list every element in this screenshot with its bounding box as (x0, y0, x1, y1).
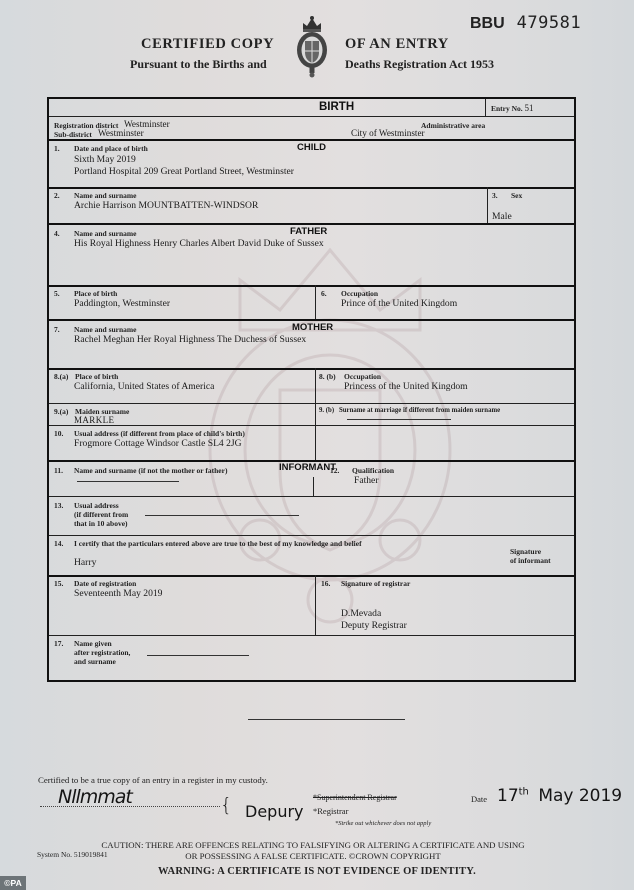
field-2-number: 2. (54, 191, 60, 200)
section-mother: MOTHER (292, 322, 333, 333)
signature-of-informant-label-line1: Signature (510, 547, 541, 556)
field-13-label-line1: Usual address (74, 501, 119, 510)
handwritten-deputy: Depury (245, 802, 304, 821)
divider (49, 368, 574, 370)
divider (49, 139, 574, 141)
field-3-label: Sex (511, 191, 522, 200)
date-day: 17 (497, 786, 519, 806)
divider (248, 719, 405, 720)
field-11-number: 11. (54, 466, 63, 475)
sub-district-label: Sub-district (54, 130, 92, 139)
certified-true-copy-text: Certified to be a true copy of an entry … (38, 775, 268, 785)
identity-warning: WARNING: A CERTIFICATE IS NOT EVIDENCE O… (158, 866, 476, 877)
field-13-label-line3: that in 10 above) (74, 519, 128, 528)
divider (49, 116, 574, 117)
field-4-number: 4. (54, 229, 60, 238)
divider (49, 575, 574, 577)
field-8b-value: Princess of the United Kingdom (344, 381, 468, 392)
divider (315, 368, 316, 460)
field-6-value: Prince of the United Kingdom (341, 298, 457, 309)
field-10-value: Frogmore Cottage Windsor Castle SL4 2JG (74, 438, 242, 449)
header-title-left: CERTIFIED COPY (141, 36, 274, 53)
field-12-label: Qualification (352, 466, 394, 475)
field-17-label-line3: and surname (74, 657, 116, 666)
certifying-officer-signature: Nllmmat (58, 786, 132, 808)
caution-line-1: CAUTION: THERE ARE OFFENCES RELATING TO … (78, 840, 548, 851)
brace: { (220, 794, 232, 816)
field-1-place: Portland Hospital 209 Great Portland Str… (74, 166, 294, 177)
field-16-number: 16. (321, 579, 330, 588)
divider (49, 535, 574, 536)
header-subtitle-left: Pursuant to the Births and (130, 57, 267, 72)
field-11-blank-line (77, 481, 179, 482)
sub-district-value: Westminster (98, 128, 144, 139)
field-17-label-line2: after registration, (74, 648, 130, 657)
field-8b-number: 8. (b) (319, 372, 336, 381)
field-17-label-line1: Name given (74, 639, 112, 648)
field-10-number: 10. (54, 429, 63, 438)
field-14-informant-signature: Harry (74, 557, 96, 568)
divider (49, 403, 574, 404)
field-14-number: 14. (54, 539, 63, 548)
field-5-number: 5. (54, 289, 60, 298)
field-7-value: Rachel Meghan Her Royal Highness The Duc… (74, 334, 306, 345)
strike-out-note: *Strike out whichever does not apply (335, 820, 431, 827)
field-15-label: Date of registration (74, 579, 136, 588)
divider (49, 285, 574, 287)
field-2-label: Name and surname (74, 191, 137, 200)
field-14-label: I certify that the particulars entered a… (74, 539, 362, 548)
divider (49, 425, 574, 426)
field-6-label: Occupation (341, 289, 378, 298)
field-15-number: 15. (54, 579, 63, 588)
field-13-blank-line (145, 515, 299, 516)
certification-date: 17th May 2019 (497, 786, 622, 806)
divider (49, 223, 574, 225)
field-9a-number: 9.(a) (54, 407, 68, 416)
divider (49, 635, 574, 636)
field-4-value: His Royal Highness Henry Charles Albert … (74, 238, 324, 249)
header-title-right: OF AN ENTRY (345, 36, 449, 53)
field-9a-value: MARKLE (74, 415, 114, 426)
field-8a-value: California, United States of America (74, 381, 214, 392)
superintendent-registrar-struck: *Superintendent Registrar (313, 793, 397, 802)
form-title: BIRTH (319, 101, 354, 113)
administrative-area-value: City of Westminster (351, 128, 425, 139)
field-9b-blank-line (347, 419, 451, 420)
field-12-value: Father (354, 475, 379, 486)
serial-prefix: BBU (470, 15, 505, 32)
field-1-number: 1. (54, 144, 60, 153)
field-13-label-line2: (if different from (74, 510, 128, 519)
field-6-number: 6. (321, 289, 327, 298)
field-12-number: 12. (330, 466, 339, 475)
field-3-value: Male (492, 211, 512, 222)
field-13-number: 13. (54, 501, 63, 510)
entry-no-label: Entry No. (491, 104, 523, 113)
field-1-date: Sixth May 2019 (74, 154, 136, 165)
date-label: Date (471, 794, 487, 804)
field-3-number: 3. (492, 191, 498, 200)
serial-number: BBU 479581 (470, 13, 581, 33)
field-2-value: Archie Harrison MOUNTBATTEN-WINDSOR (74, 200, 258, 211)
field-10-label: Usual address (if different from place o… (74, 429, 245, 438)
field-11-label: Name and surname (if not the mother or f… (74, 466, 227, 475)
field-5-value: Paddington, Westminster (74, 298, 170, 309)
field-7-number: 7. (54, 325, 60, 334)
divider (487, 187, 488, 223)
field-5-label: Place of birth (74, 289, 117, 298)
divider (49, 187, 574, 189)
section-informant: INFORMANT (279, 462, 336, 473)
caution-line-2: OR POSSESSING A FALSE CERTIFICATE. ©CROW… (78, 851, 548, 862)
field-16-label: Signature of registrar (341, 579, 410, 588)
field-7-label: Name and surname (74, 325, 137, 334)
divider (313, 477, 314, 496)
signature-of-informant-label-line2: of informant (510, 556, 551, 565)
date-suffix: th (519, 786, 529, 797)
section-child: CHILD (297, 142, 326, 153)
entry-no-value: 51 (525, 103, 534, 113)
divider (485, 99, 486, 116)
entry-no: Entry No. 51 (491, 104, 534, 113)
divider (315, 575, 316, 635)
royal-crest-icon (291, 14, 333, 78)
field-16-registrar-name: D.Mevada (341, 608, 381, 619)
field-16-registrar-title: Deputy Registrar (341, 620, 407, 631)
field-1-label: Date and place of birth (74, 144, 148, 153)
field-8a-number: 8.(a) (54, 372, 68, 381)
birth-entry-form: BIRTH Entry No. 51 Registration district… (47, 97, 576, 682)
field-8a-label: Place of birth (75, 372, 118, 381)
press-association-credit: ©PA (0, 876, 26, 890)
field-17-blank-line (147, 655, 249, 656)
field-15-value: Seventeenth May 2019 (74, 588, 162, 599)
divider (315, 285, 316, 319)
field-17-number: 17. (54, 639, 63, 648)
divider (49, 496, 574, 497)
field-9b-number: 9. (b) (319, 406, 334, 415)
serial-digits: 479581 (517, 13, 581, 33)
administrative-area-label: Administrative area (421, 121, 485, 130)
date-month-year: May 2019 (538, 786, 622, 806)
header-subtitle-right: Deaths Registration Act 1953 (345, 57, 494, 72)
field-9b-label: Surname at marriage if different from ma… (339, 406, 500, 415)
divider (49, 319, 574, 321)
field-4-label: Name and surname (74, 229, 137, 238)
section-father: FATHER (290, 226, 327, 237)
registrar-label: *Registrar (313, 806, 348, 816)
field-8b-label: Occupation (344, 372, 381, 381)
